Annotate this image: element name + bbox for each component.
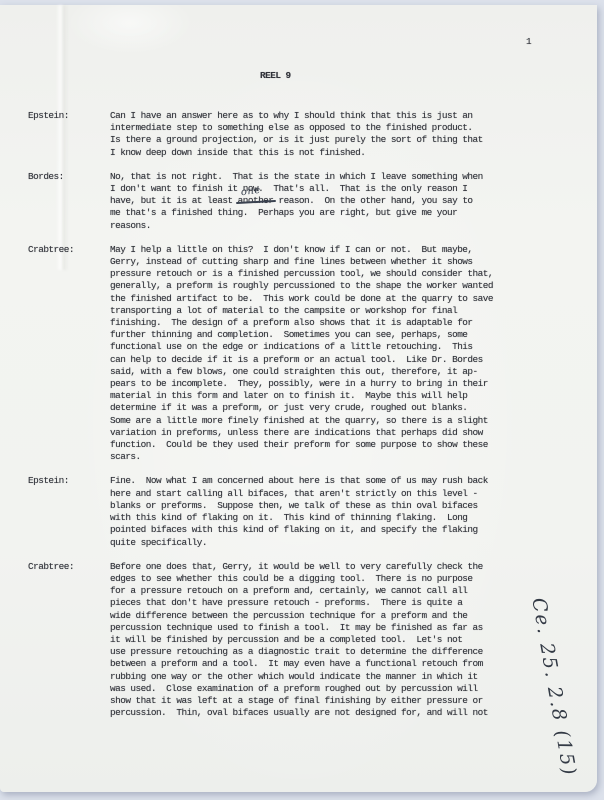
dialogue-line: show that it was left at a stage of fina… bbox=[110, 695, 514, 707]
dialogue-line: scars. bbox=[110, 451, 514, 463]
speaker-label: Crabtree: bbox=[28, 244, 110, 464]
dialogue-line: wide difference between the percussion t… bbox=[110, 610, 514, 622]
dialogue-line: was used. Close examination of a preform… bbox=[110, 683, 514, 695]
dialogue-entry: Crabtree:May I help a little on this? I … bbox=[28, 244, 514, 464]
dialogue-line: here and start calling all bifaces, that… bbox=[110, 488, 514, 500]
dialogue-line: quite specifically. bbox=[110, 537, 514, 549]
dialogue-line: Fine. Now what I am concerned about here… bbox=[110, 475, 514, 487]
dialogue-line: generally, a preform is roughly percussi… bbox=[110, 280, 514, 292]
dialogue-line: finishing. The design of a preform also … bbox=[110, 317, 514, 329]
dialogue-line: Before one does that, Gerry, it would be… bbox=[110, 561, 514, 573]
dialogue-line: have, but it is at least anotherone reas… bbox=[110, 195, 514, 207]
speaker-label: Crabtree: bbox=[28, 561, 110, 720]
dialogue-line: pressure retouch or is a finished percus… bbox=[110, 268, 514, 280]
handwritten-correction: one bbox=[240, 185, 261, 200]
dialogue-entry: Epstein:Can I have an answer here as to … bbox=[28, 110, 514, 159]
dialogue-line: Gerry, instead of cutting sharp and fine… bbox=[110, 256, 514, 268]
dialogue-line: determine if it was a preform, or just v… bbox=[110, 402, 514, 414]
dialogue-line: further thinning and completion. Sometim… bbox=[110, 329, 514, 341]
dialogue-line: functional use on the edge or indication… bbox=[110, 341, 514, 353]
dialogue-line: for a pressure retouch on a preform and,… bbox=[110, 585, 514, 597]
dialogue-text: No, that is not right. That is the state… bbox=[110, 171, 514, 232]
dialogue-line: pointed bifaces with this kind of flakin… bbox=[110, 524, 514, 536]
dialogue-line: me that's a finished thing. Perhaps you … bbox=[110, 207, 514, 219]
page-title: REEL 9 bbox=[260, 70, 291, 82]
dialogue-entry: Bordes:No, that is not right. That is th… bbox=[28, 171, 514, 232]
dialogue-line: the finished artifact to be. This work c… bbox=[110, 293, 514, 305]
dialogue-line: use pressure retouching as a diagnostic … bbox=[110, 646, 514, 658]
page-number: 1 bbox=[526, 36, 531, 48]
dialogue-entry: Epstein:Fine. Now what I am concerned ab… bbox=[28, 475, 514, 548]
dialogue-line: May I help a little on this? I don't kno… bbox=[110, 244, 514, 256]
dialogue-line: can help to decide if it is a preform or… bbox=[110, 354, 514, 366]
transcript: Epstein:Can I have an answer here as to … bbox=[28, 110, 514, 731]
dialogue-line: I know deep down inside that this is not… bbox=[110, 147, 514, 159]
dialogue-text: Can I have an answer here as to why I sh… bbox=[110, 110, 514, 159]
dialogue-line: Is there a ground projection, or is it j… bbox=[110, 134, 514, 146]
dialogue-line: pieces that don't have pressure retouch … bbox=[110, 597, 514, 609]
dialogue-line: blanks or preforms. Suppose then, we tal… bbox=[110, 500, 514, 512]
speaker-label: Epstein: bbox=[28, 110, 110, 159]
dialogue-line: material in this form and later on to fi… bbox=[110, 390, 514, 402]
dialogue-line: Can I have an answer here as to why I sh… bbox=[110, 110, 514, 122]
document-page: 1 REEL 9 Epstein:Can I have an answer he… bbox=[0, 5, 597, 792]
dialogue-line: percussion technique used to finish a to… bbox=[110, 622, 514, 634]
dialogue-text: Before one does that, Gerry, it would be… bbox=[110, 561, 514, 720]
dialogue-line: between a preform and a tool. It may eve… bbox=[110, 658, 514, 670]
dialogue-entry: Crabtree:Before one does that, Gerry, it… bbox=[28, 561, 514, 720]
dialogue-line: I don't want to finish it now. That's al… bbox=[110, 183, 514, 195]
dialogue-line: pears to be incomplete. They, possibly, … bbox=[110, 378, 514, 390]
dialogue-line: rubbing one way or the other which would… bbox=[110, 671, 514, 683]
dialogue-line: intermediate step to something else as o… bbox=[110, 122, 514, 134]
dialogue-line: transporting a lot of material to the ca… bbox=[110, 305, 514, 317]
dialogue-line: it will be finished by percussion and be… bbox=[110, 634, 514, 646]
dialogue-line: with this kind of flaking on it. This ki… bbox=[110, 512, 514, 524]
dialogue-text: May I help a little on this? I don't kno… bbox=[110, 244, 514, 464]
dialogue-line: variation in preforms, unless there are … bbox=[110, 427, 514, 439]
dialogue-line: said, with a few blows, one could straig… bbox=[110, 366, 514, 378]
dialogue-line: percussion. Thin, oval bifaces usually a… bbox=[110, 707, 514, 719]
dialogue-line: reasons. bbox=[110, 220, 514, 232]
handwritten-annotation: Ce. 25. 2.8 (15) bbox=[527, 596, 580, 778]
struck-word: anotherone bbox=[238, 195, 274, 207]
dialogue-text: Fine. Now what I am concerned about here… bbox=[110, 475, 514, 548]
dialogue-line: function. Could be they used their prefo… bbox=[110, 439, 514, 451]
dialogue-line: Some are a little more finely finished a… bbox=[110, 415, 514, 427]
speaker-label: Bordes: bbox=[28, 171, 110, 232]
dialogue-line: No, that is not right. That is the state… bbox=[110, 171, 514, 183]
speaker-label: Epstein: bbox=[28, 475, 110, 548]
dialogue-line: edges to see whether this could be a dig… bbox=[110, 573, 514, 585]
